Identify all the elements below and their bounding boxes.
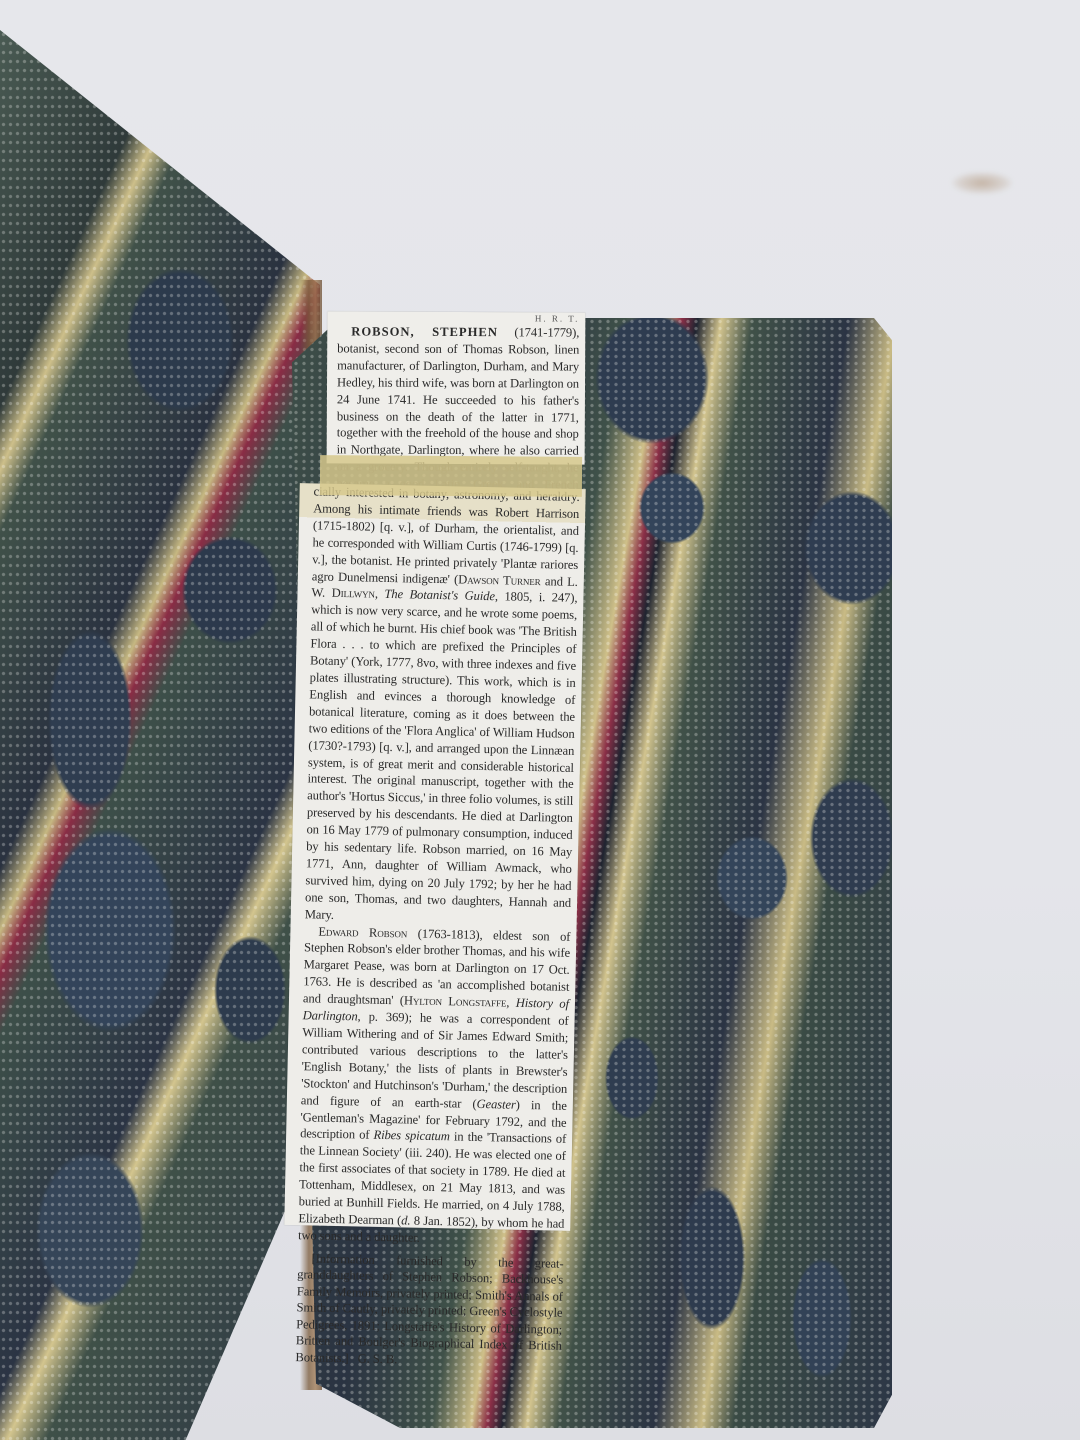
text-fragment: , (375, 587, 385, 601)
text-fragment: , 1805, i. 247), which is now very scarc… (305, 590, 578, 922)
entry-heading-name: Edward Robson (318, 924, 407, 940)
entry-edward-robson: Edward Robson (1763-1813), eldest son of… (298, 923, 571, 1250)
marbled-endpaper-left (0, 30, 320, 1440)
cited-title: The Botanist's Guide (384, 587, 495, 603)
adhesive-tape-strip (320, 455, 582, 497)
text-fragment: d. (401, 1213, 411, 1227)
text-fragment: cially interested in botany, astronomy, … (312, 484, 580, 586)
background-stain (952, 172, 1012, 194)
clipping-bottom-section: cially interested in botany, astronomy, … (284, 483, 585, 1231)
entry-heading-name: ROBSON, STEPHEN (351, 324, 498, 339)
cited-author: Dillwyn (332, 586, 376, 601)
entry-heading-dates: (1741-1779), (514, 325, 579, 339)
text-fragment: in the 'Transactions of the Linnean Soci… (298, 1130, 566, 1228)
sources-text: [Information furnished by the great-gran… (295, 1251, 563, 1365)
entry-stephen-robson-continued: cially interested in botany, astronomy, … (305, 483, 580, 928)
entry-sources: [Information furnished by the great-gran… (295, 1250, 563, 1371)
text-fragment: , (506, 996, 516, 1010)
species-name: Ribes spicatum (373, 1128, 450, 1144)
cited-author: Hylton Longstaffe (404, 994, 507, 1010)
clipping-top-section: H. R. T. ROBSON, STEPHEN (1741-1779), bo… (327, 311, 586, 464)
text-fragment: , p. 369); he was a correspondent of Wil… (301, 1010, 569, 1111)
cited-author: Dawson Turner (458, 572, 541, 588)
species-name: Geaster (476, 1097, 515, 1112)
author-signature: G. S. B. (358, 1351, 398, 1366)
